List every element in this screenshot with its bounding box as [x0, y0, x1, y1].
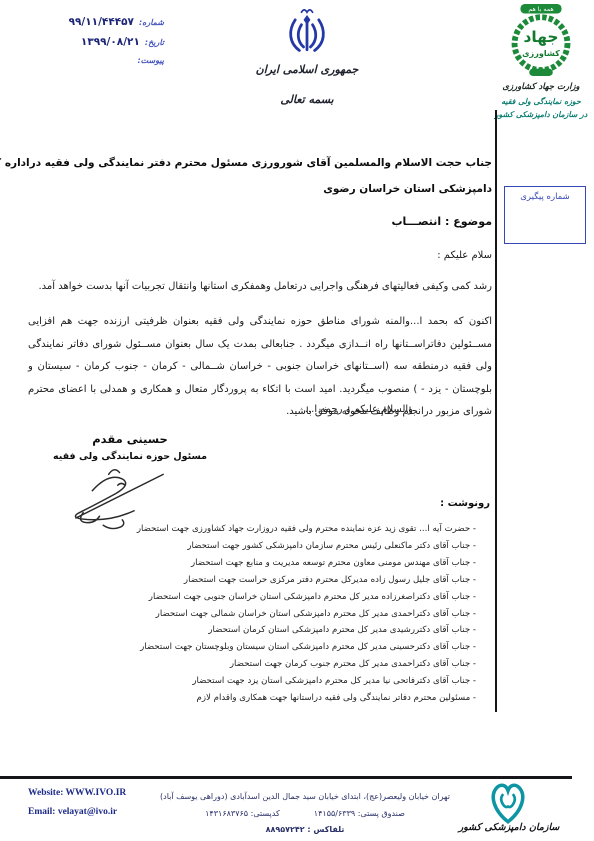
tracking-number-box: شماره پیگیری: [504, 186, 586, 244]
number-label: شماره:: [139, 18, 164, 27]
telefax-text: تلفاکس : ۸۸۹۵۷۲۴۲: [150, 822, 460, 839]
cc-item: - جناب آقای جلیل رسول زاده مدیرکل محترم …: [102, 572, 476, 589]
jahad-word1: جهاد: [524, 28, 559, 46]
center-letterhead: جمهوری اسلامی ایران بسمه تعالی: [237, 6, 377, 106]
recipient-line2: دامپزشکی استان خراسان رضوی: [28, 176, 492, 202]
jahad-keshavarzi-logo: همه با هم جهاد کشاورزی: [503, 4, 579, 76]
jahad-banner-text: همه با هم: [528, 6, 553, 13]
cc-item: - جناب آقای دکترحسینی مدیر کل محترم دامپ…: [102, 639, 476, 656]
greeting-line: سلام علیکم :: [28, 250, 492, 261]
recipient-line1: جناب حجت الاسلام والمسلمین آقای شورورزی …: [28, 150, 492, 176]
address-line: تهران خیابان ولیعصر(عج)، ابتدای خیابان س…: [150, 789, 460, 806]
attachment-label: پیوست:: [137, 56, 164, 65]
letter-page: شماره: ۹۹/۱۱/۴۴۴۵۷ تاریخ: ۱۳۹۹/۰۸/۲۱ پیو…: [0, 0, 594, 841]
letter-meta-block: شماره: ۹۹/۱۱/۴۴۴۵۷ تاریخ: ۱۳۹۹/۰۸/۲۱ پیو…: [16, 16, 164, 73]
footer-divider: [0, 776, 572, 779]
basmala-text: بسمه تعالی: [237, 93, 377, 106]
cc-item: - جناب آقای دکترفاتحی نیا مدیر کل محترم …: [102, 673, 476, 690]
email-text: Email: velayat@ivo.ir: [28, 807, 126, 817]
margin-divider: [495, 110, 497, 712]
footer-address-block: تهران خیابان ولیعصر(عج)، ابتدای خیابان س…: [150, 789, 460, 839]
office-name: حوزه نمایندگی ولی فقیه در سازمان دامپزشک…: [492, 95, 590, 121]
footer-contact-block: Website: WWW.IVO.IR Email: velayat@ivo.i…: [28, 788, 126, 817]
ministry-letterhead: همه با هم جهاد کشاورزی وزارت جهاد کشاورز…: [492, 4, 590, 121]
office-line1: حوزه نمایندگی ولی فقیه: [492, 95, 590, 108]
cc-item: - جناب آقای دکتر ماکنعلی رئیس محترم سازم…: [102, 538, 476, 555]
body-paragraph-1: رشد کمی وکیفی فعالیتهای فرهنگی واجرایی د…: [28, 281, 492, 292]
letter-attachment-row: پیوست:: [16, 56, 164, 65]
cc-item: - جناب آقای دکتررشیدی مدیر کل محترم دامپ…: [102, 622, 476, 639]
office-line2: در سازمان دامپزشکی کشور: [492, 108, 590, 121]
veterinary-organization-name: سازمان دامپزشکی کشور: [446, 822, 572, 833]
date-value: ۱۳۹۹/۰۸/۲۱: [81, 36, 140, 48]
website-text: Website: WWW.IVO.IR: [28, 788, 126, 798]
postal-line: صندوق پستی: ۱۴۱۵۵/۶۳۳۹کدپستی: ۱۴۳۱۶۸۳۷۶۵: [150, 806, 460, 823]
letter-number-row: شماره: ۹۹/۱۱/۴۴۴۵۷: [16, 16, 164, 28]
veterinary-organization-logo: [482, 780, 534, 824]
pobox-text: صندوق پستی: ۱۴۱۵۵/۶۳۳۹: [314, 809, 405, 818]
republic-title: جمهوری اسلامی ایران: [237, 63, 377, 76]
subject-line: موضوع : انتصـــاب: [28, 215, 492, 228]
date-label: تاریخ:: [145, 38, 164, 47]
postalcode-text: کدپستی: ۱۴۳۱۶۸۳۷۶۵: [205, 809, 280, 818]
cc-item: - حضرت آیه ا... تقوی زید عزه نماینده محت…: [102, 521, 476, 538]
signer-name: حسینی مقدم: [40, 432, 220, 446]
cc-item: - مسئولین محترم دفاتر نمایندگی ولی فقیه …: [102, 690, 476, 707]
iran-emblem-icon: [286, 6, 328, 56]
ministry-name: وزارت جهاد کشاورزی: [492, 82, 590, 92]
signature-block: حسینی مقدم مسئول حوزه نمایندگی ولی فقیه: [40, 432, 220, 462]
recipient-heading: جناب حجت الاسلام والمسلمین آقای شورورزی …: [28, 150, 492, 202]
letter-date-row: تاریخ: ۱۳۹۹/۰۸/۲۱: [16, 36, 164, 48]
cc-item: - جناب آقای دکتراحمدی مدیر کل محترم جنوب…: [102, 656, 476, 673]
closing-salutation: والسلام علیکم و رحمه ا...: [305, 404, 413, 415]
cc-label: رونوشت :: [440, 498, 490, 509]
cc-item: - جناب آقای دکتراحمدی مدیر کل محترم دامپ…: [102, 606, 476, 623]
body-paragraph-2: اکنون که بحمد ا...والمنه شورای مناطق حوز…: [28, 311, 492, 424]
tracking-number-label: شماره پیگیری: [505, 192, 585, 202]
cc-item: - جناب آقای مهندس مومنی معاون محترم توسع…: [102, 555, 476, 572]
cc-item: - جناب آقای دکتراصغرزاده مدیر کل محترم د…: [102, 589, 476, 606]
cc-list: - حضرت آیه ا... تقوی زید عزه نماینده محت…: [102, 521, 476, 707]
number-value: ۹۹/۱۱/۴۴۴۵۷: [69, 16, 134, 28]
jahad-word2: کشاورزی: [522, 48, 560, 58]
